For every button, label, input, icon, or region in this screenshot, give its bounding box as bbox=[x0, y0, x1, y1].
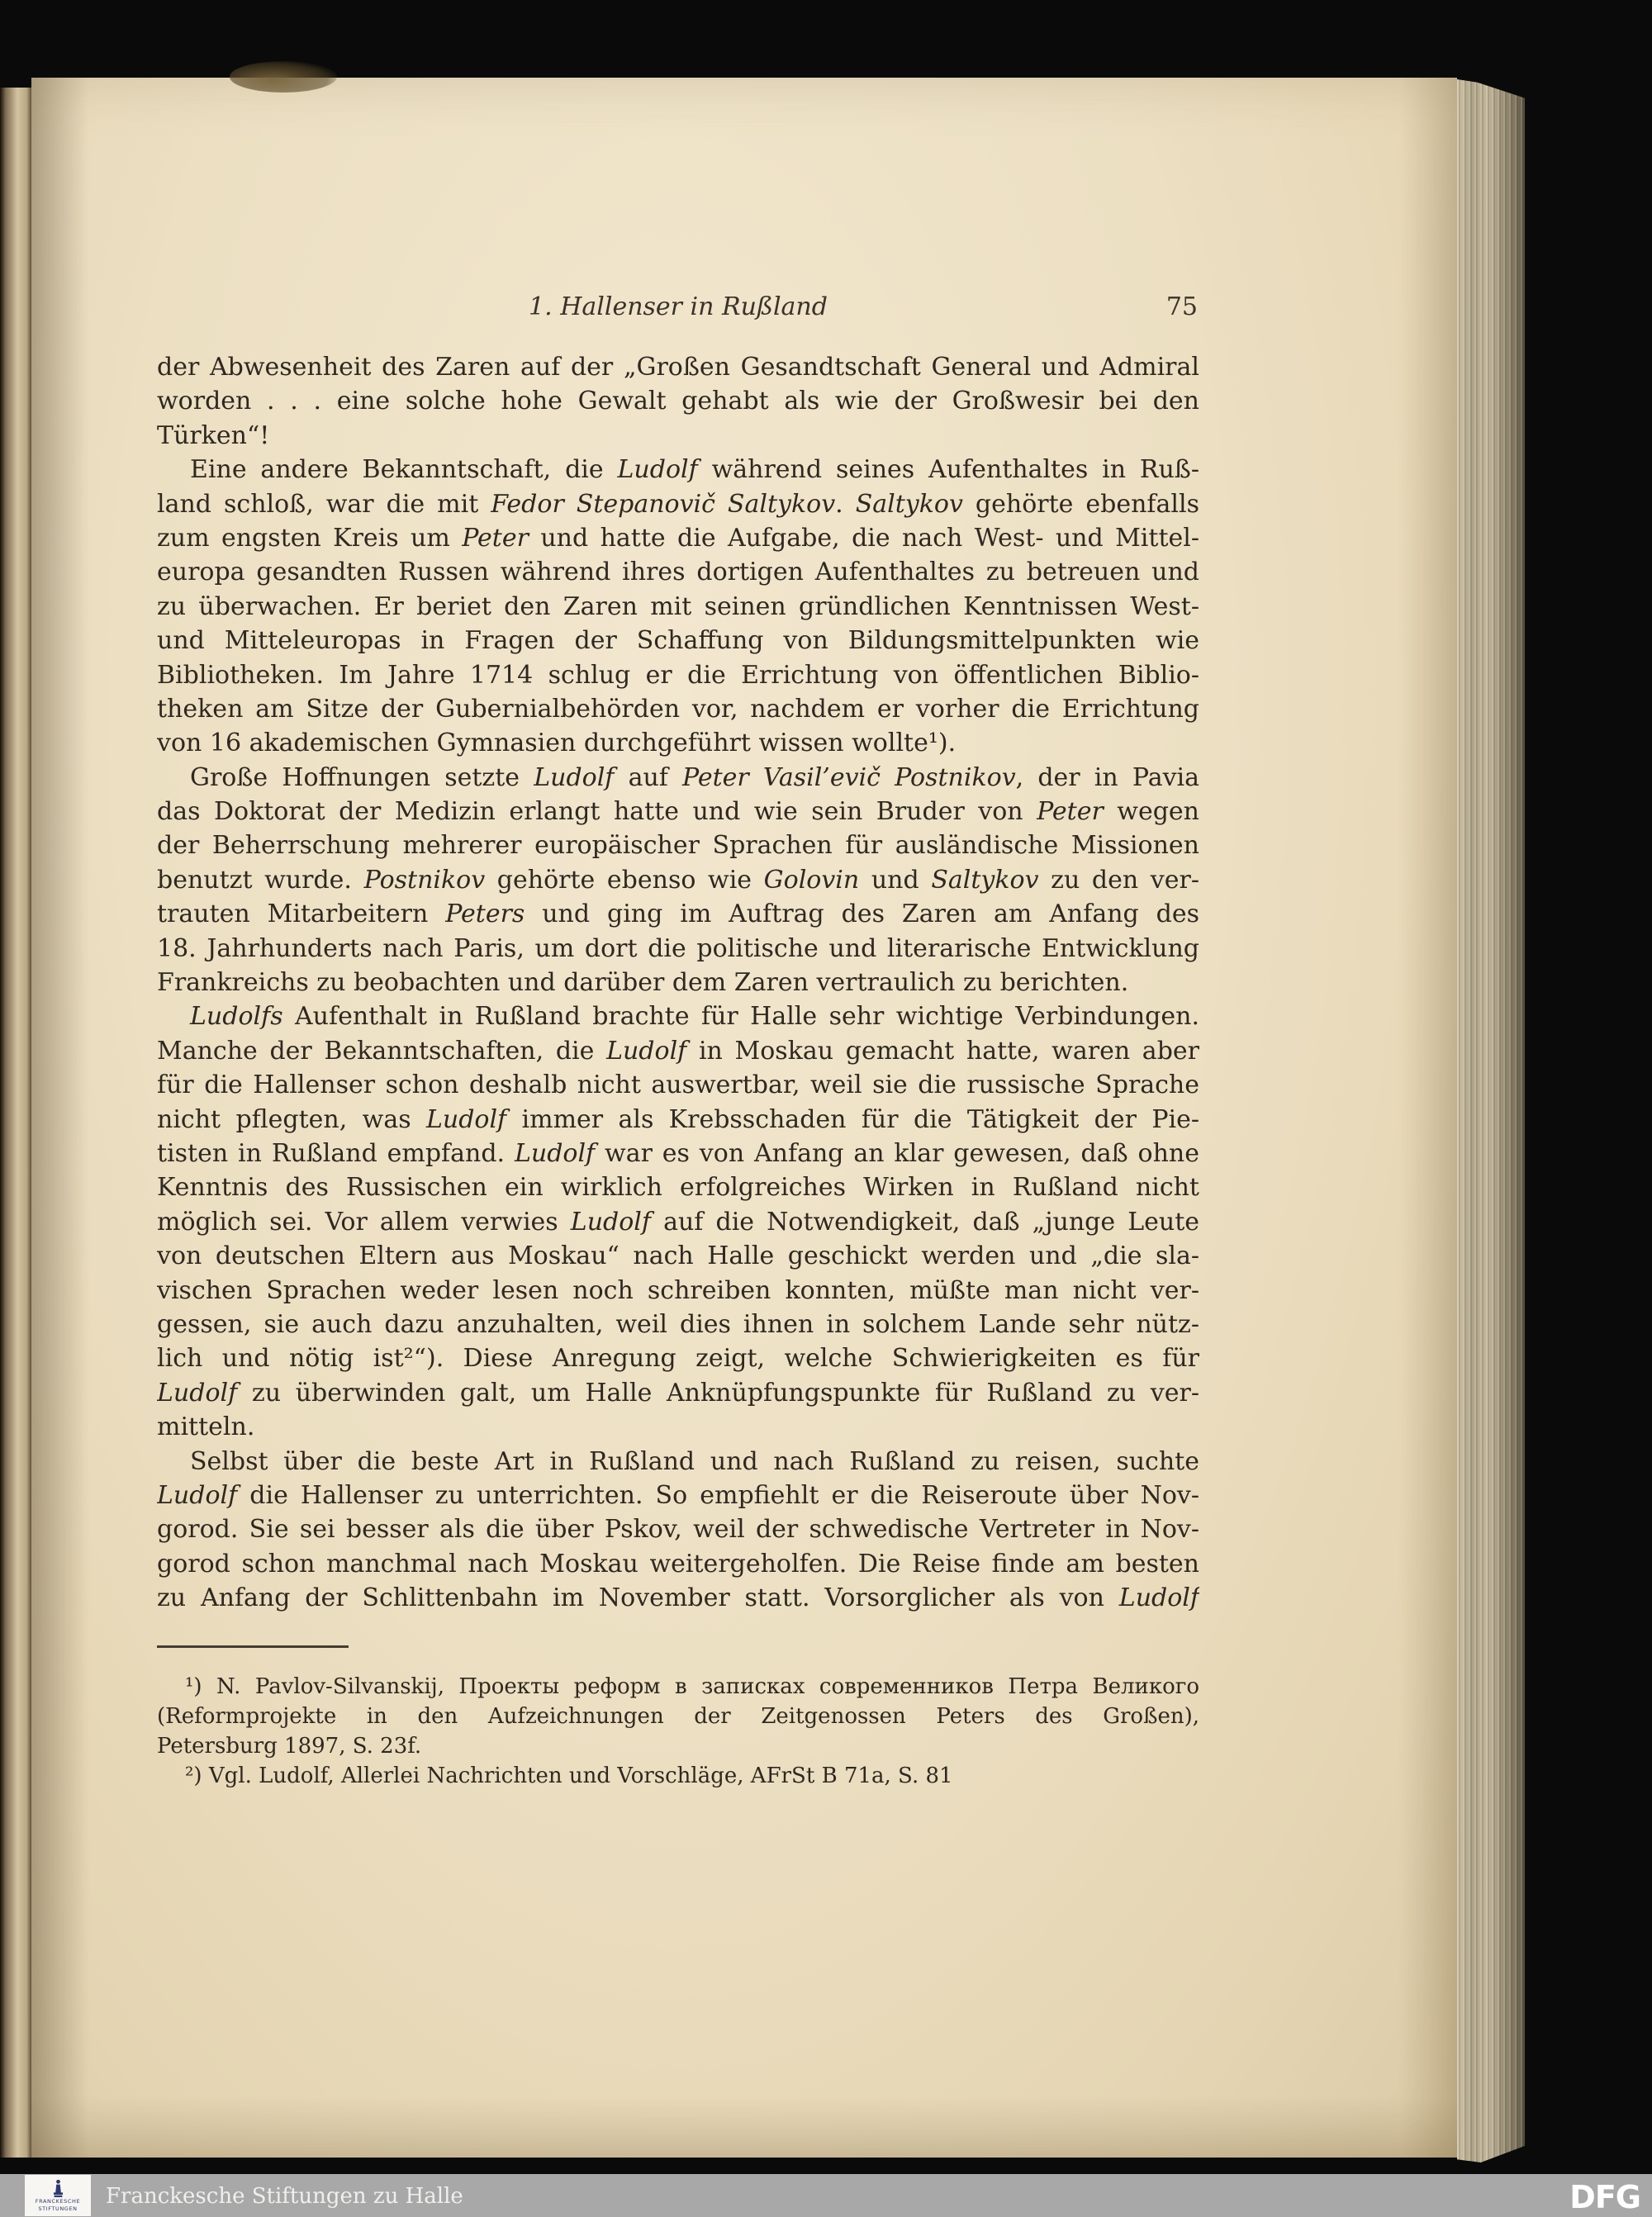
text-line: und Mitteleuropas in Fragen der Schaffun… bbox=[157, 624, 1199, 658]
book-page: 1. Hallenser in Rußland 75 der Abwesenhe… bbox=[31, 78, 1457, 2158]
dfg-logo: DFG bbox=[1569, 2179, 1640, 2215]
text-line: (Reformprojekte in den Aufzeichnungen de… bbox=[157, 1702, 1199, 1731]
text-line: ²) Vgl. Ludolf, Allerlei Nachrichten und… bbox=[157, 1761, 1199, 1791]
text-line: möglich sei. Vor allem verwies Ludolf au… bbox=[157, 1205, 1199, 1239]
logo-text-line1: FRANCKESCHE bbox=[36, 2199, 80, 2205]
running-header: 1. Hallenser in Rußland bbox=[157, 289, 1199, 325]
body-text: der Abwesenheit des Zaren auf der „Große… bbox=[157, 350, 1199, 1615]
text-line: der Beherrschung mehrerer europäischer S… bbox=[157, 828, 1199, 862]
text-line: Eine andere Bekanntschaft, die Ludolf wä… bbox=[157, 453, 1199, 487]
text-line: zum engsten Kreis um Peter und hatte die… bbox=[157, 521, 1199, 555]
text-line: Ludolf die Hallenser zu unterrichten. So… bbox=[157, 1479, 1199, 1512]
text-line: das Doktorat der Medizin erlangt hatte u… bbox=[157, 795, 1199, 828]
text-line: benutzt wurde. Postnikov gehörte ebenso … bbox=[157, 863, 1199, 897]
text-line: europa gesandten Russen während ihres do… bbox=[157, 555, 1199, 589]
text-line: Ludolf zu überwinden galt, um Halle Ankn… bbox=[157, 1376, 1199, 1410]
left-page-edge bbox=[0, 88, 31, 2158]
text-line: Ludolfs Aufenthalt in Rußland brachte fü… bbox=[157, 999, 1199, 1033]
text-line: worden . . . eine solche hohe Gewalt geh… bbox=[157, 384, 1199, 418]
text-line: Manche der Bekanntschaften, die Ludolf i… bbox=[157, 1034, 1199, 1068]
text-line: von deutschen Eltern aus Moskau“ nach Ha… bbox=[157, 1239, 1199, 1273]
text-line: der Abwesenheit des Zaren auf der „Große… bbox=[157, 350, 1199, 384]
text-line: für die Hallenser schon deshalb nicht au… bbox=[157, 1068, 1199, 1102]
text-line: zu überwachen. Er beriet den Zaren mit s… bbox=[157, 590, 1199, 624]
text-line: lich und nötig ist²“). Diese Anregung ze… bbox=[157, 1341, 1199, 1375]
text-line: trauten Mitarbeitern Peters und ging im … bbox=[157, 897, 1199, 931]
page-number: 75 bbox=[1166, 289, 1198, 325]
text-line: theken am Sitze der Gubernialbehörden vo… bbox=[157, 692, 1199, 726]
franckesche-emblem-icon bbox=[52, 2179, 64, 2198]
text-line: Frankreichs zu beobachten und darüber de… bbox=[157, 966, 1199, 999]
footnote-separator bbox=[157, 1645, 349, 1648]
text-line: vischen Sprachen weder lesen noch schrei… bbox=[157, 1274, 1199, 1308]
text-line: gessen, sie auch dazu anzuhalten, weil d… bbox=[157, 1308, 1199, 1341]
institution-name: Franckesche Stiftungen zu Halle bbox=[106, 2184, 463, 2209]
text-line: gorod. Sie sei besser als die über Pskov… bbox=[157, 1512, 1199, 1546]
text-line: gorod schon manchmal nach Moskau weiterg… bbox=[157, 1547, 1199, 1581]
text-line: Petersburg 1897, S. 23f. bbox=[157, 1731, 1199, 1761]
text-line: tisten in Rußland empfand. Ludolf war es… bbox=[157, 1137, 1199, 1170]
logo-text-line2: STIFTUNGEN bbox=[38, 2206, 77, 2213]
text-line: Kenntnis des Russischen ein wirklich erf… bbox=[157, 1170, 1199, 1204]
text-line: mitteln. bbox=[157, 1410, 1199, 1444]
footnotes: ¹) N. Pavlov-Silvanskij, Проекты реформ … bbox=[157, 1672, 1199, 1791]
text-line: nicht pflegten, was Ludolf immer als Kre… bbox=[157, 1103, 1199, 1137]
text-line: Bibliotheken. Im Jahre 1714 schlug er di… bbox=[157, 658, 1199, 692]
book-scan-viewer: 1. Hallenser in Rußland 75 der Abwesenhe… bbox=[0, 0, 1652, 2217]
text-line: Türken“! bbox=[157, 419, 1199, 453]
text-line: Große Hoffnungen setzte Ludolf auf Peter… bbox=[157, 761, 1199, 795]
franckesche-logo: FRANCKESCHE STIFTUNGEN bbox=[25, 2175, 91, 2216]
page-damage bbox=[230, 61, 337, 93]
page-header: 1. Hallenser in Rußland 75 bbox=[157, 289, 1199, 327]
text-line: zu Anfang der Schlittenbahn im November … bbox=[157, 1581, 1199, 1615]
text-line: von 16 akademischen Gymnasien durchgefüh… bbox=[157, 726, 1199, 760]
text-line: Selbst über die beste Art in Rußland und… bbox=[157, 1445, 1199, 1479]
text-line: land schloß, war die mit Fedor Stepanovi… bbox=[157, 487, 1199, 521]
page-fore-edge bbox=[1457, 79, 1525, 2162]
text-line: ¹) N. Pavlov-Silvanskij, Проекты реформ … bbox=[157, 1672, 1199, 1702]
text-line: 18. Jahrhunderts nach Paris, um dort die… bbox=[157, 932, 1199, 966]
